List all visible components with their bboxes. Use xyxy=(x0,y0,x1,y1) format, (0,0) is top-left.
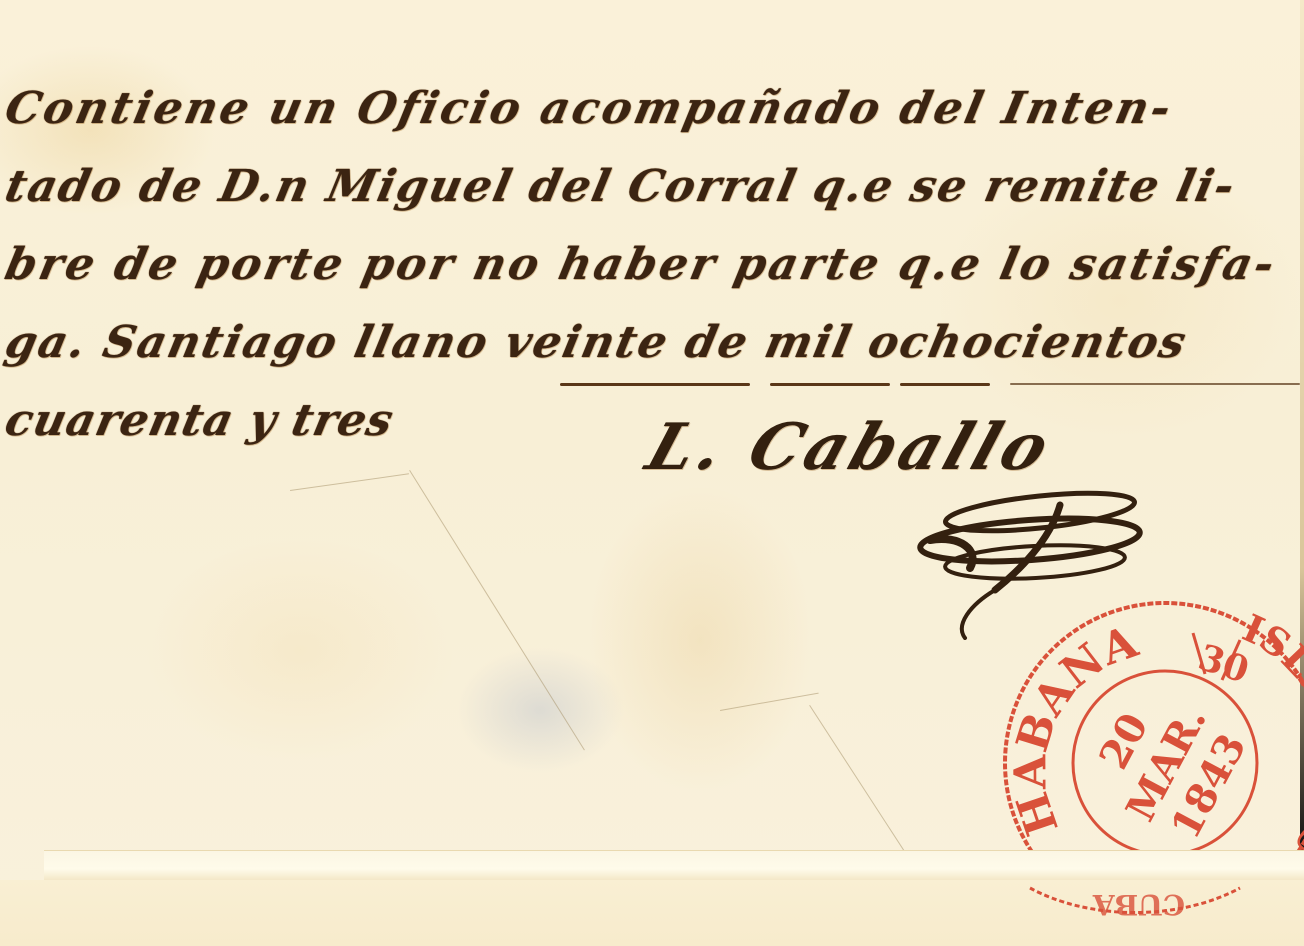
lower-flap: CUBA xyxy=(0,880,1304,946)
paper-tear-line xyxy=(290,473,409,491)
handwritten-line-2: tado de D.n Miguel del Corral q.e se rem… xyxy=(0,148,1304,226)
signature: L. Caballo xyxy=(638,410,1062,485)
paper-fold xyxy=(44,850,1304,882)
handwritten-line-3: bre de porte por no haber parte q.e lo s… xyxy=(0,226,1304,304)
paper-tear-line xyxy=(409,470,585,750)
closing-dash xyxy=(770,383,890,386)
paper-tear-line xyxy=(720,693,819,711)
handwritten-line-5: cuarenta y tres xyxy=(0,382,454,460)
closing-dash xyxy=(560,383,750,386)
handwritten-body: Contiene un Oficio acompañado del Inten-… xyxy=(6,70,1296,460)
handwritten-line-4: ga. Santiago llano veinte de mil ochocie… xyxy=(0,304,1304,382)
document-page: Contiene un Oficio acompañado del Inten-… xyxy=(0,0,1304,946)
closing-dash xyxy=(1010,383,1300,385)
closing-dash xyxy=(900,383,990,386)
postmark-lower-partial: CUBA xyxy=(1092,888,1185,921)
handwritten-line-1: Contiene un Oficio acompañado del Inten- xyxy=(0,70,1304,148)
